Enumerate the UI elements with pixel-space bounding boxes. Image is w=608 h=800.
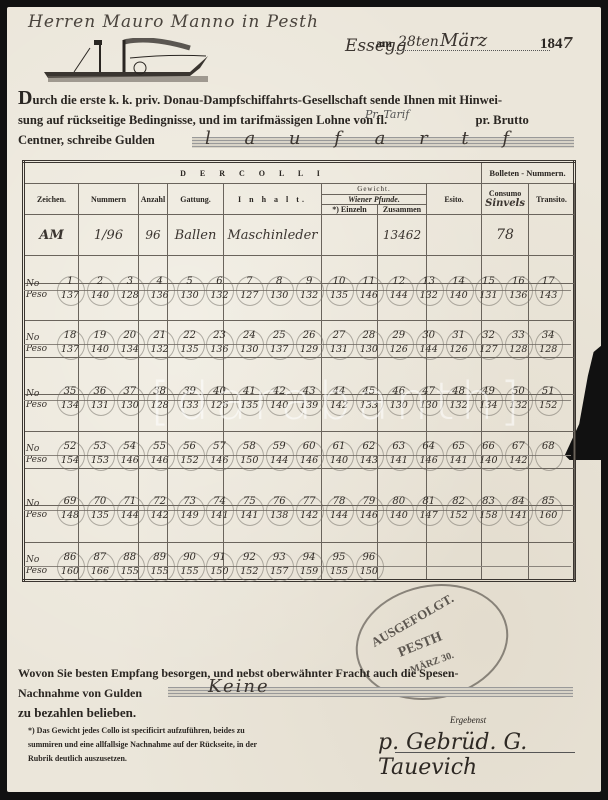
collo-entry: 11146: [355, 275, 383, 305]
collo-number: 29: [385, 330, 413, 341]
collo-weight: 140: [86, 344, 114, 355]
collo-number: 85: [534, 496, 562, 507]
recipient-address: Herren Mauro Manno in Pesth: [28, 12, 319, 32]
collo-entry: 34128: [534, 329, 562, 359]
collo-entry: 25137: [265, 329, 293, 359]
col-wiener-pfunde: Wiener Pfunde.: [322, 195, 427, 205]
collo-weight: 128: [534, 344, 562, 355]
collo-weight: 135: [86, 510, 114, 521]
collo-number: 19: [86, 330, 114, 341]
collo-number: 69: [56, 496, 84, 507]
collo-weight: 131: [474, 290, 502, 301]
collo-entry: 82152: [445, 495, 473, 525]
collo-number: 71: [116, 496, 144, 507]
collo-number: 55: [146, 441, 174, 452]
collo-entry: 85160: [534, 495, 562, 525]
collo-entry: 73149: [176, 495, 204, 525]
collo-weight: 148: [56, 510, 84, 521]
collo-weight: 127: [474, 344, 502, 355]
collo-entry: 78144: [325, 495, 353, 525]
collo-number: 92: [235, 552, 263, 563]
collo-number: 11: [355, 276, 383, 287]
collo-weight: 140: [385, 510, 413, 521]
collo-weight: 128: [116, 290, 144, 301]
collo-entry: 76138: [265, 495, 293, 525]
collo-weight: 152: [235, 566, 263, 577]
collo-entry: 77142: [295, 495, 323, 525]
intro-line2-end: pr. Brutto: [475, 113, 528, 127]
collo-weight: 135: [176, 344, 204, 355]
collo-entry: 69148: [56, 495, 84, 525]
collo-entry: 60146: [295, 440, 323, 470]
item-row: NoPeso1813719140201342113222135231362413…: [24, 326, 571, 362]
collo-number: 33: [504, 330, 532, 341]
collo-entry: 80140: [385, 495, 413, 525]
collo-entry: 65141: [445, 440, 473, 470]
collo-entry: 81147: [415, 495, 443, 525]
collo-entry: 21132: [146, 329, 174, 359]
collo-weight: 152: [176, 455, 204, 466]
collo-entry: 12144: [385, 275, 413, 305]
tariff-handwritten: Pr. Tarif: [365, 108, 409, 121]
collo-entry: 7127: [235, 275, 263, 305]
collo-entry: 52154: [56, 440, 84, 470]
collo-number: 96: [355, 552, 383, 563]
year-field: 1847: [540, 34, 573, 53]
cell-transito: [529, 215, 575, 256]
collo-number: 58: [235, 441, 263, 452]
collo-number: 80: [385, 496, 413, 507]
collo-number: 73: [176, 496, 204, 507]
collo-weight: 160: [56, 566, 84, 577]
collo-weight: 160: [534, 510, 562, 521]
collo-entry: 3128: [116, 275, 144, 305]
collo-number: 78: [325, 496, 353, 507]
collo-entry: 58150: [235, 440, 263, 470]
label-no: No: [26, 555, 56, 566]
collo-weight: 147: [415, 510, 443, 521]
collo-entry: 22135: [176, 329, 204, 359]
collo-entry: 4136: [146, 275, 174, 305]
collo-weight: 140: [474, 455, 502, 466]
collo-weight: 155: [116, 566, 144, 577]
collo-number: 31: [445, 330, 473, 341]
collo-weight: 141: [385, 455, 413, 466]
collo-number: 14: [445, 276, 473, 287]
collo-entry: 86160: [56, 551, 84, 581]
collo-weight: 146: [116, 455, 144, 466]
collo-weight: 137: [56, 290, 84, 301]
collo-number: 86: [56, 552, 84, 563]
table-row-main: AM 1/96 96 Ballen Maschinleder 13462 78: [24, 215, 575, 256]
collo-weight: 137: [56, 344, 84, 355]
collo-number: 61: [325, 441, 353, 452]
collo-entry: 55146: [146, 440, 174, 470]
collo-weight: 155: [325, 566, 353, 577]
collo-number: 81: [415, 496, 443, 507]
collo-number: 32: [474, 330, 502, 341]
collo-weight: 144: [116, 510, 144, 521]
collo-entry: 66140: [474, 440, 502, 470]
collo-number: 52: [56, 441, 84, 452]
collo-weight: 130: [265, 290, 293, 301]
collo-entry: 96150: [355, 551, 383, 581]
collo-weight: 132: [205, 290, 233, 301]
collo-weight: 136: [504, 290, 532, 301]
collo-entry: 36131: [86, 385, 114, 415]
cell-inhalt: Maschinleder: [224, 215, 322, 256]
collo-number: 60: [295, 441, 323, 452]
collo-entry: 29126: [385, 329, 413, 359]
collo-number: 77: [295, 496, 323, 507]
collo-weight: 131: [86, 400, 114, 411]
collo-number: 57: [205, 441, 233, 452]
closing-ergebenst: Ergebenst: [450, 715, 486, 725]
col-consumo: Consumo Sinvels: [482, 184, 529, 215]
collo-entry: 6132: [205, 275, 233, 305]
col-gewicht: Gewicht.: [322, 184, 427, 195]
collo-number: 76: [265, 496, 293, 507]
collo-entry: 35134: [56, 385, 84, 415]
item-row: NoPeso8616087166881558915590155911509215…: [24, 548, 571, 584]
collo-weight: 140: [445, 290, 473, 301]
label-no: No: [26, 333, 56, 344]
collo-entry: 70135: [86, 495, 114, 525]
der-colli-header: D E R C O L L I: [24, 162, 482, 184]
collo-number: 27: [325, 330, 353, 341]
collo-weight: 155: [176, 566, 204, 577]
collo-number: 70: [86, 496, 114, 507]
collo-number: 16: [504, 276, 532, 287]
collo-weight: 141: [205, 510, 233, 521]
collo-weight: 134: [116, 344, 144, 355]
collo-number: 24: [235, 330, 263, 341]
collo-number: 83: [474, 496, 502, 507]
nachnahme-handwritten: Keine: [208, 676, 270, 697]
collo-number: 62: [355, 441, 383, 452]
cell-anzahl: 96: [139, 215, 168, 256]
cell-zusammen: 13462: [378, 215, 427, 256]
collo-number: 64: [415, 441, 443, 452]
collo-entry: 2140: [86, 275, 114, 305]
collo-weight: 129: [295, 344, 323, 355]
col-zusammen: Zusammen: [378, 205, 427, 215]
collo-weight: 134: [56, 400, 84, 411]
collo-number: 53: [86, 441, 114, 452]
collo-entry: 63141: [385, 440, 413, 470]
collo-entry: 24130: [235, 329, 263, 359]
collo-entry: 5130: [176, 275, 204, 305]
cell-zeichen: AM: [24, 215, 79, 256]
collo-weight: 137: [265, 344, 293, 355]
col-inhalt: I n h a l t.: [224, 184, 322, 215]
collo-number: 13: [415, 276, 443, 287]
collo-weight: 152: [445, 510, 473, 521]
collo-entry: 30144: [415, 329, 443, 359]
collo-weight: 142: [504, 455, 532, 466]
dropcap: D: [18, 87, 32, 109]
collo-weight: 146: [415, 455, 443, 466]
item-row: NoPeso5215453153541465514656152571465815…: [24, 437, 571, 473]
collo-entry: 20134: [116, 329, 144, 359]
watermark: [darabanth]: [150, 372, 526, 432]
collo-weight: 166: [86, 566, 114, 577]
collo-weight: 158: [474, 510, 502, 521]
collo-entry: 83158: [474, 495, 502, 525]
collo-weight: 132: [146, 344, 174, 355]
intro-line3: Centner, schreibe Gulden: [18, 133, 155, 147]
collo-entry: 75141: [235, 495, 263, 525]
collo-entry: 10135: [325, 275, 353, 305]
collo-entry: 61140: [325, 440, 353, 470]
collo-number: 21: [146, 330, 174, 341]
collo-entry: 88155: [116, 551, 144, 581]
collo-weight: 132: [295, 290, 323, 301]
collo-weight: 144: [265, 455, 293, 466]
collo-entry: 72142: [146, 495, 174, 525]
collo-weight: 149: [176, 510, 204, 521]
year-printed: 184: [540, 36, 563, 52]
collo-weight: 126: [385, 344, 413, 355]
collo-number: 36: [86, 386, 114, 397]
collo-weight: 143: [534, 290, 562, 301]
collo-number: 22: [176, 330, 204, 341]
item-row: NoPeso1137214031284136513061327127813091…: [24, 272, 571, 308]
collo-weight: 135: [325, 290, 353, 301]
collo-number: 37: [116, 386, 144, 397]
collo-number: 12: [385, 276, 413, 287]
collo-weight: 136: [205, 344, 233, 355]
collo-weight: 128: [504, 344, 532, 355]
collo-entry: 89155: [146, 551, 174, 581]
col-transito: Transito.: [529, 184, 575, 215]
am-label: am: [376, 36, 392, 51]
collo-weight: 159: [295, 566, 323, 577]
collo-weight: 132: [415, 290, 443, 301]
collo-entry: 95155: [325, 551, 353, 581]
collo-number: 26: [295, 330, 323, 341]
collo-weight: 150: [205, 566, 233, 577]
collo-number: 59: [265, 441, 293, 452]
collo-number: 90: [176, 552, 204, 563]
collo-entry: 28130: [355, 329, 383, 359]
collo-number: 91: [205, 552, 233, 563]
cell-gattung: Ballen: [168, 215, 224, 256]
col-gattung: Gattung.: [168, 184, 224, 215]
collo-number: 18: [56, 330, 84, 341]
collo-number: 23: [205, 330, 233, 341]
collo-weight: 141: [235, 510, 263, 521]
collo-weight: 140: [86, 290, 114, 301]
collo-number: 17: [534, 276, 562, 287]
collo-weight: 130: [176, 290, 204, 301]
collo-entry: 90155: [176, 551, 204, 581]
collo-number: 54: [116, 441, 144, 452]
collo-entry: 56152: [176, 440, 204, 470]
collo-entry: 13132: [415, 275, 443, 305]
collo-number: 9: [295, 276, 323, 287]
collo-number: 84: [504, 496, 532, 507]
collo-entry: 93157: [265, 551, 293, 581]
col-zeichen: Zeichen.: [24, 184, 79, 215]
collo-weight: 146: [355, 290, 383, 301]
collo-entry: 67142: [504, 440, 532, 470]
collo-weight: 144: [385, 290, 413, 301]
collo-entry: 84141: [504, 495, 532, 525]
label-peso: Peso: [26, 344, 56, 355]
collo-number: 6: [205, 276, 233, 287]
collo-entry: 59144: [265, 440, 293, 470]
collo-entry: 54146: [116, 440, 144, 470]
collo-number: 51: [534, 386, 562, 397]
collo-weight: 155: [146, 566, 174, 577]
consumo-handwritten: Sinvels: [485, 198, 525, 209]
collo-entry: 91150: [205, 551, 233, 581]
intro-line1: urch die erste k. k. priv. Donau-Dampfsc…: [32, 93, 502, 107]
collo-weight: 146: [355, 510, 383, 521]
collo-number: 93: [265, 552, 293, 563]
label-no: No: [26, 389, 56, 400]
footer-line3: zu bezahlen belieben.: [18, 705, 136, 720]
collo-number: 63: [385, 441, 413, 452]
collo-entry: 37130: [116, 385, 144, 415]
collo-number: 79: [355, 496, 383, 507]
collo-weight: 157: [265, 566, 293, 577]
col-nummern: Nummern: [79, 184, 139, 215]
collo-number: 1: [56, 276, 84, 287]
collo-number: 2: [86, 276, 114, 287]
collo-number: 15: [474, 276, 502, 287]
collo-weight: 150: [235, 455, 263, 466]
collo-weight: 142: [146, 510, 174, 521]
collo-entry: 8130: [265, 275, 293, 305]
collo-weight: 141: [504, 510, 532, 521]
collo-entry: 51152: [534, 385, 562, 415]
collo-number: 20: [116, 330, 144, 341]
collo-entry: 27131: [325, 329, 353, 359]
month-handwritten: März: [440, 30, 487, 51]
consumo-label: Consumo: [489, 189, 521, 198]
collo-weight: 141: [445, 455, 473, 466]
collo-entry: 92152: [235, 551, 263, 581]
collo-entry: 33128: [504, 329, 532, 359]
day-handwritten: 28ten: [398, 34, 439, 50]
collo-entry: 14140: [445, 275, 473, 305]
label-no: No: [26, 444, 56, 455]
collo-entry: 16136: [504, 275, 532, 305]
collo-number: 88: [116, 552, 144, 563]
year-handwritten: 7: [563, 34, 573, 52]
collo-weight: 130: [116, 400, 144, 411]
collo-entry: 62143: [355, 440, 383, 470]
collo-number: 74: [205, 496, 233, 507]
collo-number: 30: [415, 330, 443, 341]
collo-entry: 71144: [116, 495, 144, 525]
collo-number: 66: [474, 441, 502, 452]
collo-number: 8: [265, 276, 293, 287]
collo-entry: 32127: [474, 329, 502, 359]
collo-number: 75: [235, 496, 263, 507]
weight-footnote: *) Das Gewicht jedes Collo ist specifici…: [28, 724, 268, 766]
collo-entry: 68: [534, 440, 562, 470]
collo-weight: 130: [355, 344, 383, 355]
collo-weight: 131: [325, 344, 353, 355]
collo-weight: 130: [235, 344, 263, 355]
collo-number: 56: [176, 441, 204, 452]
collo-number: 7: [235, 276, 263, 287]
collo-number: 67: [504, 441, 532, 452]
collo-weight: 150: [355, 566, 383, 577]
collo-weight: 152: [534, 400, 562, 411]
label-peso: Peso: [26, 290, 56, 301]
collo-entry: 19140: [86, 329, 114, 359]
collo-entry: 79146: [355, 495, 383, 525]
col-anzahl: Anzahl: [139, 184, 168, 215]
collo-weight: 136: [146, 290, 174, 301]
collo-number: 87: [86, 552, 114, 563]
collo-entry: 9132: [295, 275, 323, 305]
bolleten-header: Bolleten - Nummern.: [482, 162, 575, 184]
collo-entry: 74141: [205, 495, 233, 525]
collo-entry: 18137: [56, 329, 84, 359]
collo-number: 72: [146, 496, 174, 507]
collo-number: 95: [325, 552, 353, 563]
gulden-handwritten: l a u f a r t f: [205, 128, 523, 149]
cell-nummern: 1/96: [79, 215, 139, 256]
collo-entry: 94159: [295, 551, 323, 581]
collo-weight: 153: [86, 455, 114, 466]
collo-number: 5: [176, 276, 204, 287]
collo-number: 28: [355, 330, 383, 341]
collo-weight: 140: [325, 455, 353, 466]
collo-number: 68: [534, 441, 562, 452]
label-peso: Peso: [26, 510, 56, 521]
collo-weight: 138: [265, 510, 293, 521]
footer-line2: Nachnahme von Gulden: [18, 686, 142, 700]
collo-weight: 143: [355, 455, 383, 466]
collo-weight: 146: [295, 455, 323, 466]
collo-weight: 127: [235, 290, 263, 301]
collo-number: 94: [295, 552, 323, 563]
collo-entry: 57146: [205, 440, 233, 470]
collo-number: 4: [146, 276, 174, 287]
collo-weight: 144: [325, 510, 353, 521]
collo-number: 89: [146, 552, 174, 563]
item-row: NoPeso6914870135711447214273149741417514…: [24, 492, 571, 528]
collo-number: 82: [445, 496, 473, 507]
collo-entry: 23136: [205, 329, 233, 359]
cell-einzeln: [322, 215, 378, 256]
collo-entry: 15131: [474, 275, 502, 305]
collo-number: 65: [445, 441, 473, 452]
collo-number: 25: [265, 330, 293, 341]
signature: p. Gebrüd. G. Tauevich: [378, 730, 608, 780]
collo-entry: 31126: [445, 329, 473, 359]
label-peso: Peso: [26, 566, 56, 577]
cell-consumo: 78: [482, 215, 529, 256]
label-no: No: [26, 279, 56, 290]
signature-line: [395, 752, 575, 753]
collo-number: 3: [116, 276, 144, 287]
steamship-icon: [40, 38, 212, 84]
intro-line2: sung auf rückseitige Bedingnisse, und im…: [18, 113, 387, 127]
label-peso: Peso: [26, 455, 56, 466]
collo-weight: 126: [445, 344, 473, 355]
date-dotted-line: [395, 50, 550, 51]
collo-entry: 26129: [295, 329, 323, 359]
collo-entry: 53153: [86, 440, 114, 470]
collo-weight: 146: [146, 455, 174, 466]
